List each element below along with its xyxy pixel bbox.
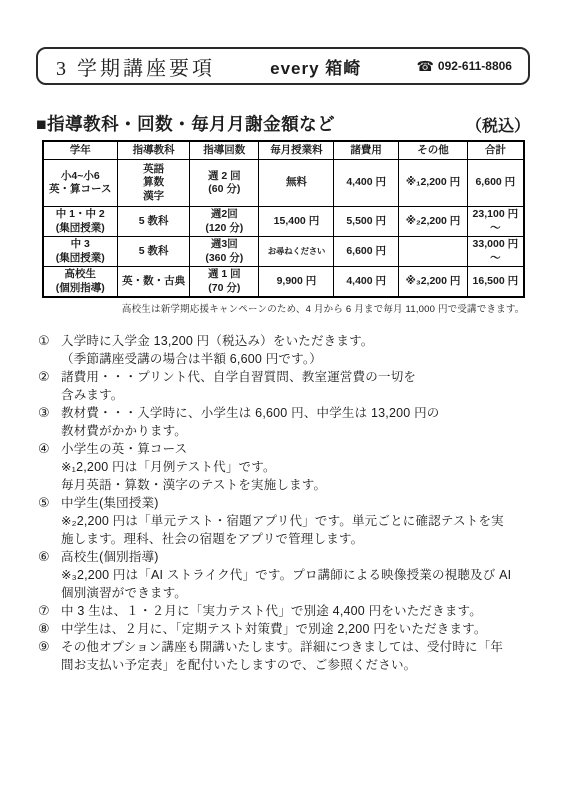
table-cell: 英・数・古典 bbox=[118, 267, 190, 298]
note-text: 諸費用・・・プリント代、自学自習質問、教室運営費の一切を 含みます。 bbox=[61, 368, 416, 404]
note-item: ⑨その他オプション講座も開講いたします。詳細につきましては、受付時に「年 間お支… bbox=[38, 638, 530, 674]
table-row: 中 1・中 2 (集団授業)5 教科週2回 (120 分)15,400 円5,5… bbox=[43, 207, 524, 237]
column-header: 諸費用 bbox=[334, 141, 398, 160]
note-text: 中学生(集団授業) ※₂2,200 円は「単元テスト・宿題アプリ代」です。単元ご… bbox=[61, 494, 504, 548]
table-cell: 高校生 (個別指導) bbox=[43, 267, 118, 298]
note-number: ⑤ bbox=[38, 494, 61, 548]
table-cell: 中 3 (集団授業) bbox=[43, 237, 118, 267]
table-cell: 週3回 (360 分) bbox=[190, 237, 259, 267]
column-header: その他 bbox=[398, 141, 467, 160]
table-cell: 英語 算数 漢字 bbox=[118, 160, 190, 207]
table-cell: 16,500 円 bbox=[468, 267, 524, 298]
note-item: ⑧中学生は、２月に、「定期テスト対策費」で別途 2,200 円をいただきます。 bbox=[38, 620, 530, 638]
column-header: 合計 bbox=[468, 141, 524, 160]
note-number: ⑥ bbox=[38, 548, 61, 602]
phone-icon: ☎ bbox=[416, 58, 433, 75]
table-cell: 週 1 回 (70 分) bbox=[190, 267, 259, 298]
page-title: 3 学期講座要項 bbox=[56, 52, 215, 81]
table-cell: 4,400 円 bbox=[334, 160, 398, 207]
header-box: 3 学期講座要項 every 箱崎 ☎ 092-611-8806 bbox=[36, 47, 530, 85]
brand-name: every 箱崎 bbox=[270, 54, 361, 79]
table-cell: 5,500 円 bbox=[334, 207, 398, 237]
note-item: ②諸費用・・・プリント代、自学自習質問、教室運営費の一切を 含みます。 bbox=[38, 368, 530, 404]
note-number: ③ bbox=[38, 404, 61, 440]
table-body: 小4~小6 英・算コース英語 算数 漢字週 2 回 (60 分)無料4,400 … bbox=[43, 160, 524, 298]
table-header-row: 学年指導教科指導回数毎月授業料諸費用その他合計 bbox=[43, 141, 524, 160]
table-row: 小4~小6 英・算コース英語 算数 漢字週 2 回 (60 分)無料4,400 … bbox=[43, 160, 524, 207]
note-item: ⑥高校生(個別指導) ※₃2,200 円は「AI ストライク代」です。プロ講師に… bbox=[38, 548, 530, 602]
table-cell: 4,400 円 bbox=[334, 267, 398, 298]
table-cell: 9,900 円 bbox=[259, 267, 334, 298]
table-cell: 6,600 円 bbox=[468, 160, 524, 207]
note-text: 小学生の英・算コース ※₁2,200 円は「月例テスト代」です。 毎月英語・算数… bbox=[61, 440, 326, 494]
column-header: 毎月授業料 bbox=[259, 141, 334, 160]
note-text: 中学生は、２月に、「定期テスト対策費」で別途 2,200 円をいただきます。 bbox=[61, 620, 487, 638]
table-cell bbox=[398, 237, 467, 267]
note-item: ①入学時に入学金 13,200 円（税込み）をいただきます。 （季節講座受講の場… bbox=[38, 332, 530, 368]
fee-table: 学年指導教科指導回数毎月授業料諸費用その他合計 小4~小6 英・算コース英語 算… bbox=[42, 140, 525, 298]
table-cell: ※₃2,200 円 bbox=[398, 267, 467, 298]
note-text: 教材費・・・入学時に、小学生は 6,600 円、中学生は 13,200 円の 教… bbox=[61, 404, 440, 440]
table-cell: 無料 bbox=[259, 160, 334, 207]
column-header: 学年 bbox=[43, 141, 118, 160]
campaign-footnote: 高校生は新学期応援キャンペーンのため、4 月から 6 月まで毎月 11,000 … bbox=[42, 301, 525, 315]
note-number: ⑧ bbox=[38, 620, 61, 638]
note-number: ④ bbox=[38, 440, 61, 494]
note-text: その他オプション講座も開講いたします。詳細につきましては、受付時に「年 間お支払… bbox=[61, 638, 503, 674]
table-cell: 23,100 円～ bbox=[468, 207, 524, 237]
section-header: ■指導教科・回数・毎月月謝金額など （税込） bbox=[36, 111, 530, 136]
note-item: ⑤中学生(集団授業) ※₂2,200 円は「単元テスト・宿題アプリ代」です。単元… bbox=[38, 494, 530, 548]
table-cell: 小4~小6 英・算コース bbox=[43, 160, 118, 207]
note-item: ③教材費・・・入学時に、小学生は 6,600 円、中学生は 13,200 円の … bbox=[38, 404, 530, 440]
column-header: 指導回数 bbox=[190, 141, 259, 160]
table-cell: 6,600 円 bbox=[334, 237, 398, 267]
notes-list: ①入学時に入学金 13,200 円（税込み）をいただきます。 （季節講座受講の場… bbox=[36, 332, 530, 674]
table-cell: お尋ねください bbox=[259, 237, 334, 267]
table-cell: 33,000 円～ bbox=[468, 237, 524, 267]
note-text: 高校生(個別指導) ※₃2,200 円は「AI ストライク代」です。プロ講師によ… bbox=[61, 548, 511, 602]
note-number: ② bbox=[38, 368, 61, 404]
table-row: 中 3 (集団授業)5 教科週3回 (360 分)お尋ねください6,600 円3… bbox=[43, 237, 524, 267]
phone-block: ☎ 092-611-8806 bbox=[416, 58, 512, 75]
table-cell: ※₁2,200 円 bbox=[398, 160, 467, 207]
tax-included-note: （税込） bbox=[466, 113, 530, 136]
table-cell: 5 教科 bbox=[118, 237, 190, 267]
note-item: ⑦中 3 生は、１・２月に「実力テスト代」で別途 4,400 円をいただきます。 bbox=[38, 602, 530, 620]
section-title: ■指導教科・回数・毎月月謝金額など bbox=[36, 111, 335, 136]
note-number: ⑨ bbox=[38, 638, 61, 674]
table-cell: 週 2 回 (60 分) bbox=[190, 160, 259, 207]
document-page: 3 学期講座要項 every 箱崎 ☎ 092-611-8806 ■指導教科・回… bbox=[0, 0, 566, 800]
table-row: 高校生 (個別指導)英・数・古典週 1 回 (70 分)9,900 円4,400… bbox=[43, 267, 524, 298]
note-number: ⑦ bbox=[38, 602, 61, 620]
note-item: ④小学生の英・算コース ※₁2,200 円は「月例テスト代」です。 毎月英語・算… bbox=[38, 440, 530, 494]
phone-number: 092-611-8806 bbox=[438, 59, 512, 73]
table-cell: 週2回 (120 分) bbox=[190, 207, 259, 237]
note-text: 入学時に入学金 13,200 円（税込み）をいただきます。 （季節講座受講の場合… bbox=[61, 332, 373, 368]
table-cell: 中 1・中 2 (集団授業) bbox=[43, 207, 118, 237]
note-number: ① bbox=[38, 332, 61, 368]
table-cell: ※₂2,200 円 bbox=[398, 207, 467, 237]
table-cell: 5 教科 bbox=[118, 207, 190, 237]
table-cell: 15,400 円 bbox=[259, 207, 334, 237]
column-header: 指導教科 bbox=[118, 141, 190, 160]
note-text: 中 3 生は、１・２月に「実力テスト代」で別途 4,400 円をいただきます。 bbox=[61, 602, 482, 620]
